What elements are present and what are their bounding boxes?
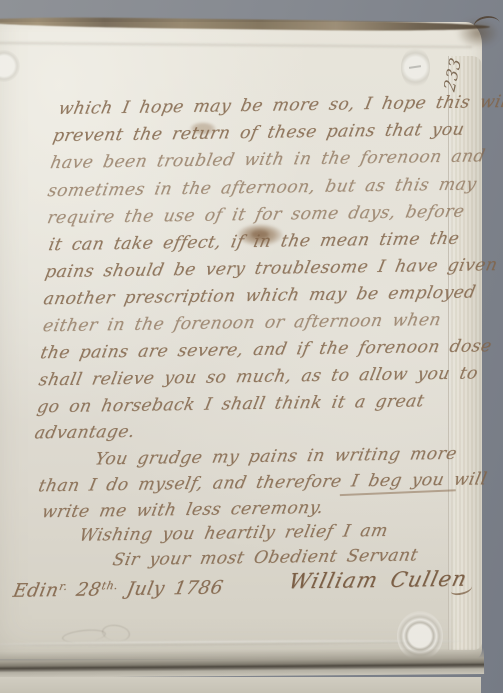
dateline-day: 28 [74,579,103,600]
letter-line: sometimes in the afternoon, but as this … [46,174,478,201]
letter-line: have been troubled with in the forenoon … [49,146,487,173]
dateline-place: Edin [11,580,60,602]
letter-line: require the use of it for some days, bef… [45,202,466,229]
letter-line: which I hope may be more so, I hope this… [57,92,503,119]
signature: William Cullen [286,567,470,594]
letter-body: which I hope may be more so, I hope this… [0,0,503,693]
letter-line: it can take effect, if in the mean time … [47,229,461,256]
letter-line: Sir your most Obedient Servant [111,545,420,570]
letter-line: Wishing you heartily relief I am [77,521,389,546]
underlying-page-edge [0,677,481,693]
letter-line: write me with less ceremony. [40,498,325,522]
scan-background: 233 which I hope may be more so, I hope … [0,0,503,693]
letter-dateline: Edinr. 28th. July 1786 [11,577,225,601]
letter-line: advantage. [33,422,137,444]
letter-line: prevent the return of these pains that y… [51,120,466,147]
letter-line: go on horseback I shall think it a great [35,391,426,417]
letter-line: You grudge my pains in writing more [93,444,459,470]
dateline-day-superscript: th. [100,579,119,592]
letter-line: either in the forenoon or afternoon when [41,310,443,336]
letter-line: pains should be very troublesome I have … [43,255,499,282]
signature-flourish [450,581,474,596]
letter-line: shall relieve you so much, as to allow y… [37,363,480,390]
letter-line: the pains are severe, and if the forenoo… [39,336,494,363]
dateline-place-superscript: r. [58,580,69,593]
page-bottom-edge [0,648,484,678]
letter-line: another prescription which may be employ… [42,282,478,309]
dateline-month-year: July 1786 [125,577,225,600]
